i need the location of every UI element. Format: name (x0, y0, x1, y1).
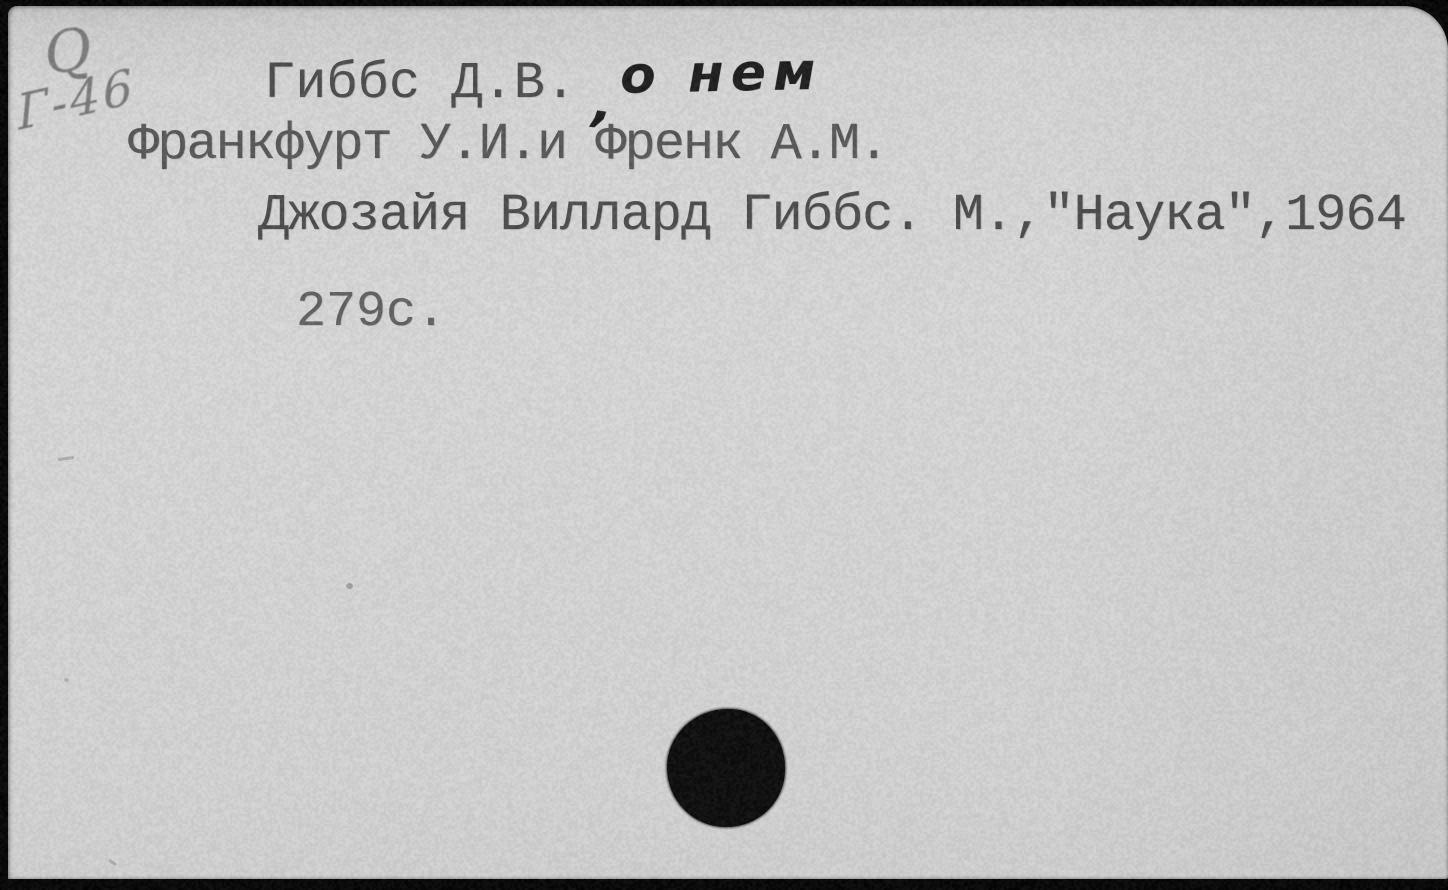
pagination-line: 279с. (296, 288, 446, 338)
scan-speck (58, 456, 74, 461)
scan-background: Q Г-46 Гиббс Д.В. , о нем Франкфурт У.И.… (0, 0, 1448, 890)
scan-speck (346, 583, 353, 589)
pencil-call-number: Г-46 (15, 62, 137, 138)
heading-author-typed: Гиббс Д.В. (264, 58, 576, 110)
hole-punch-dot (667, 709, 785, 827)
handwritten-annotation: о нем (619, 46, 823, 102)
authors-line: Франкфурт У.И.и Френк А.М. (128, 119, 887, 171)
scan-speck (108, 859, 117, 867)
scan-speck (64, 678, 69, 682)
title-imprint-line: Джозайя Виллард Гиббс. М.,"Наука",1964 (258, 190, 1406, 242)
catalog-card: Q Г-46 Гиббс Д.В. , о нем Франкфурт У.И.… (8, 6, 1448, 879)
